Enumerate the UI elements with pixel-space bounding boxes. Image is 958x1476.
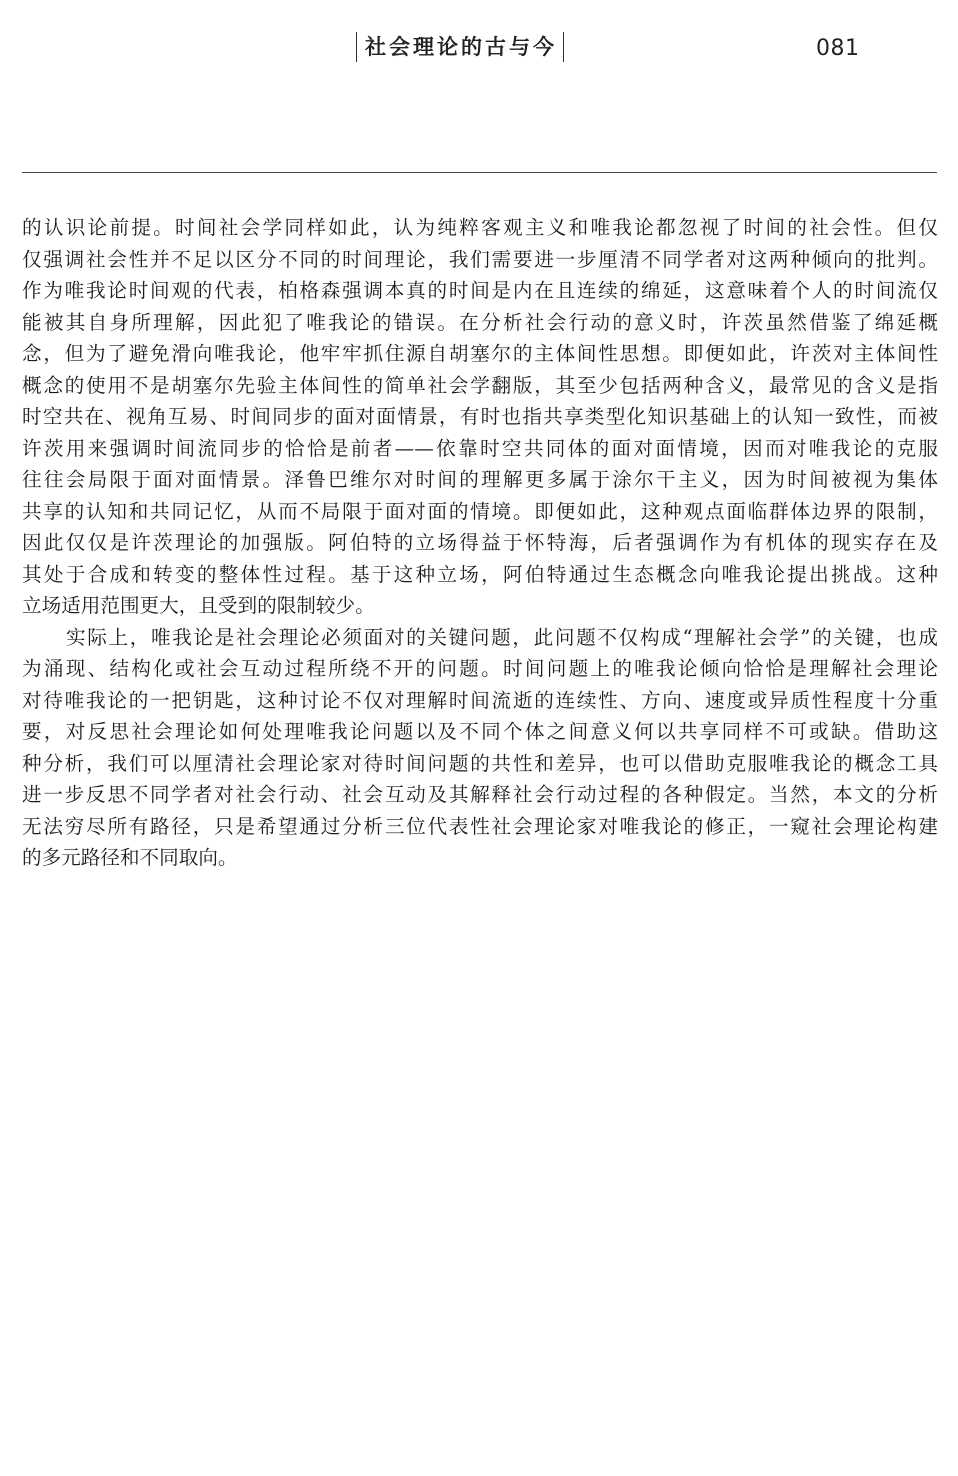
text-line: 能被其自身所理解，因此犯了唯我论的错误。在分析社会行动的意义时，许茨虽然借鉴了绵… (22, 307, 938, 339)
text-line: 时空共在、视角互易、时间同步的面对面情景，有时也指共享类型化知识基础上的认知一致… (22, 401, 938, 433)
text-line: 无法穷尽所有路径，只是希望通过分析三位代表性社会理论家对唯我论的修正，一窥社会理… (22, 811, 938, 843)
text-line: 为涌现、结构化或社会互动过程所绕不开的问题。时间问题上的唯我论倾向恰恰是理解社会… (22, 653, 938, 685)
text-line: 实际上，唯我论是社会理论必须面对的关键问题，此问题不仅构成“理解社会学”的关键，… (22, 622, 938, 654)
text-line: 的多元路径和不同取向。 (22, 842, 938, 874)
paragraph: 的认识论前提。时间社会学同样如此，认为纯粹客观主义和唯我论都忽视了时间的社会性。… (22, 212, 938, 622)
text-line: 对待唯我论的一把钥匙，这种讨论不仅对理解时间流逝的连续性、方向、速度或异质性程度… (22, 685, 938, 717)
header-divider (22, 172, 937, 173)
text-line: 作为唯我论时间观的代表，柏格森强调本真的时间是内在且连续的绵延，这意味着个人的时… (22, 275, 938, 307)
paragraph: 实际上，唯我论是社会理论必须面对的关键问题，此问题不仅构成“理解社会学”的关键，… (22, 622, 938, 874)
running-head-right-bar (563, 32, 564, 62)
text-line: 立场适用范围更大，且受到的限制较少。 (22, 590, 938, 622)
text-line: 许茨用来强调时间流同步的恰恰是前者——依靠时空共同体的面对面情境，因而对唯我论的… (22, 433, 938, 465)
text-line: 念，但为了避免滑向唯我论，他牢牢抓住源自胡塞尔的主体间性思想。即便如此，许茨对主… (22, 338, 938, 370)
text-line: 的认识论前提。时间社会学同样如此，认为纯粹客观主义和唯我论都忽视了时间的社会性。… (22, 212, 938, 244)
text-line: 往往会局限于面对面情景。泽鲁巴维尔对时间的理解更多属于涂尔干主义，因为时间被视为… (22, 464, 938, 496)
text-line: 进一步反思不同学者对社会行动、社会互动及其解释社会行动过程的各种假定。当然，本文… (22, 779, 938, 811)
text-line: 仅强调社会性并不足以区分不同的时间理论，我们需要进一步厘清不同学者对这两种倾向的… (22, 244, 938, 276)
text-line: 其处于合成和转变的整体性过程。基于这种立场，阿伯特通过生态概念向唯我论提出挑战。… (22, 559, 938, 591)
text-line: 共享的认知和共同记忆，从而不局限于面对面的情境。即便如此，这种观点面临群体边界的… (22, 496, 938, 528)
page-number: 081 (816, 36, 860, 61)
body-text: 的认识论前提。时间社会学同样如此，认为纯粹客观主义和唯我论都忽视了时间的社会性。… (22, 212, 938, 874)
text-line: 要，对反思社会理论如何处理唯我论问题以及不同个体之间意义何以共享同样不可或缺。借… (22, 716, 938, 748)
text-line: 因此仅仅是许茨理论的加强版。阿伯特的立场得益于怀特海，后者强调作为有机体的现实存… (22, 527, 938, 559)
running-head: 社会理论的古与今 (356, 30, 564, 64)
running-head-title: 社会理论的古与今 (357, 32, 563, 62)
text-line: 概念的使用不是胡塞尔先验主体间性的简单社会学翻版，其至少包括两种含义，最常见的含… (22, 370, 938, 402)
text-line: 种分析，我们可以厘清社会理论家对待时间问题的共性和差异，也可以借助克服唯我论的概… (22, 748, 938, 780)
